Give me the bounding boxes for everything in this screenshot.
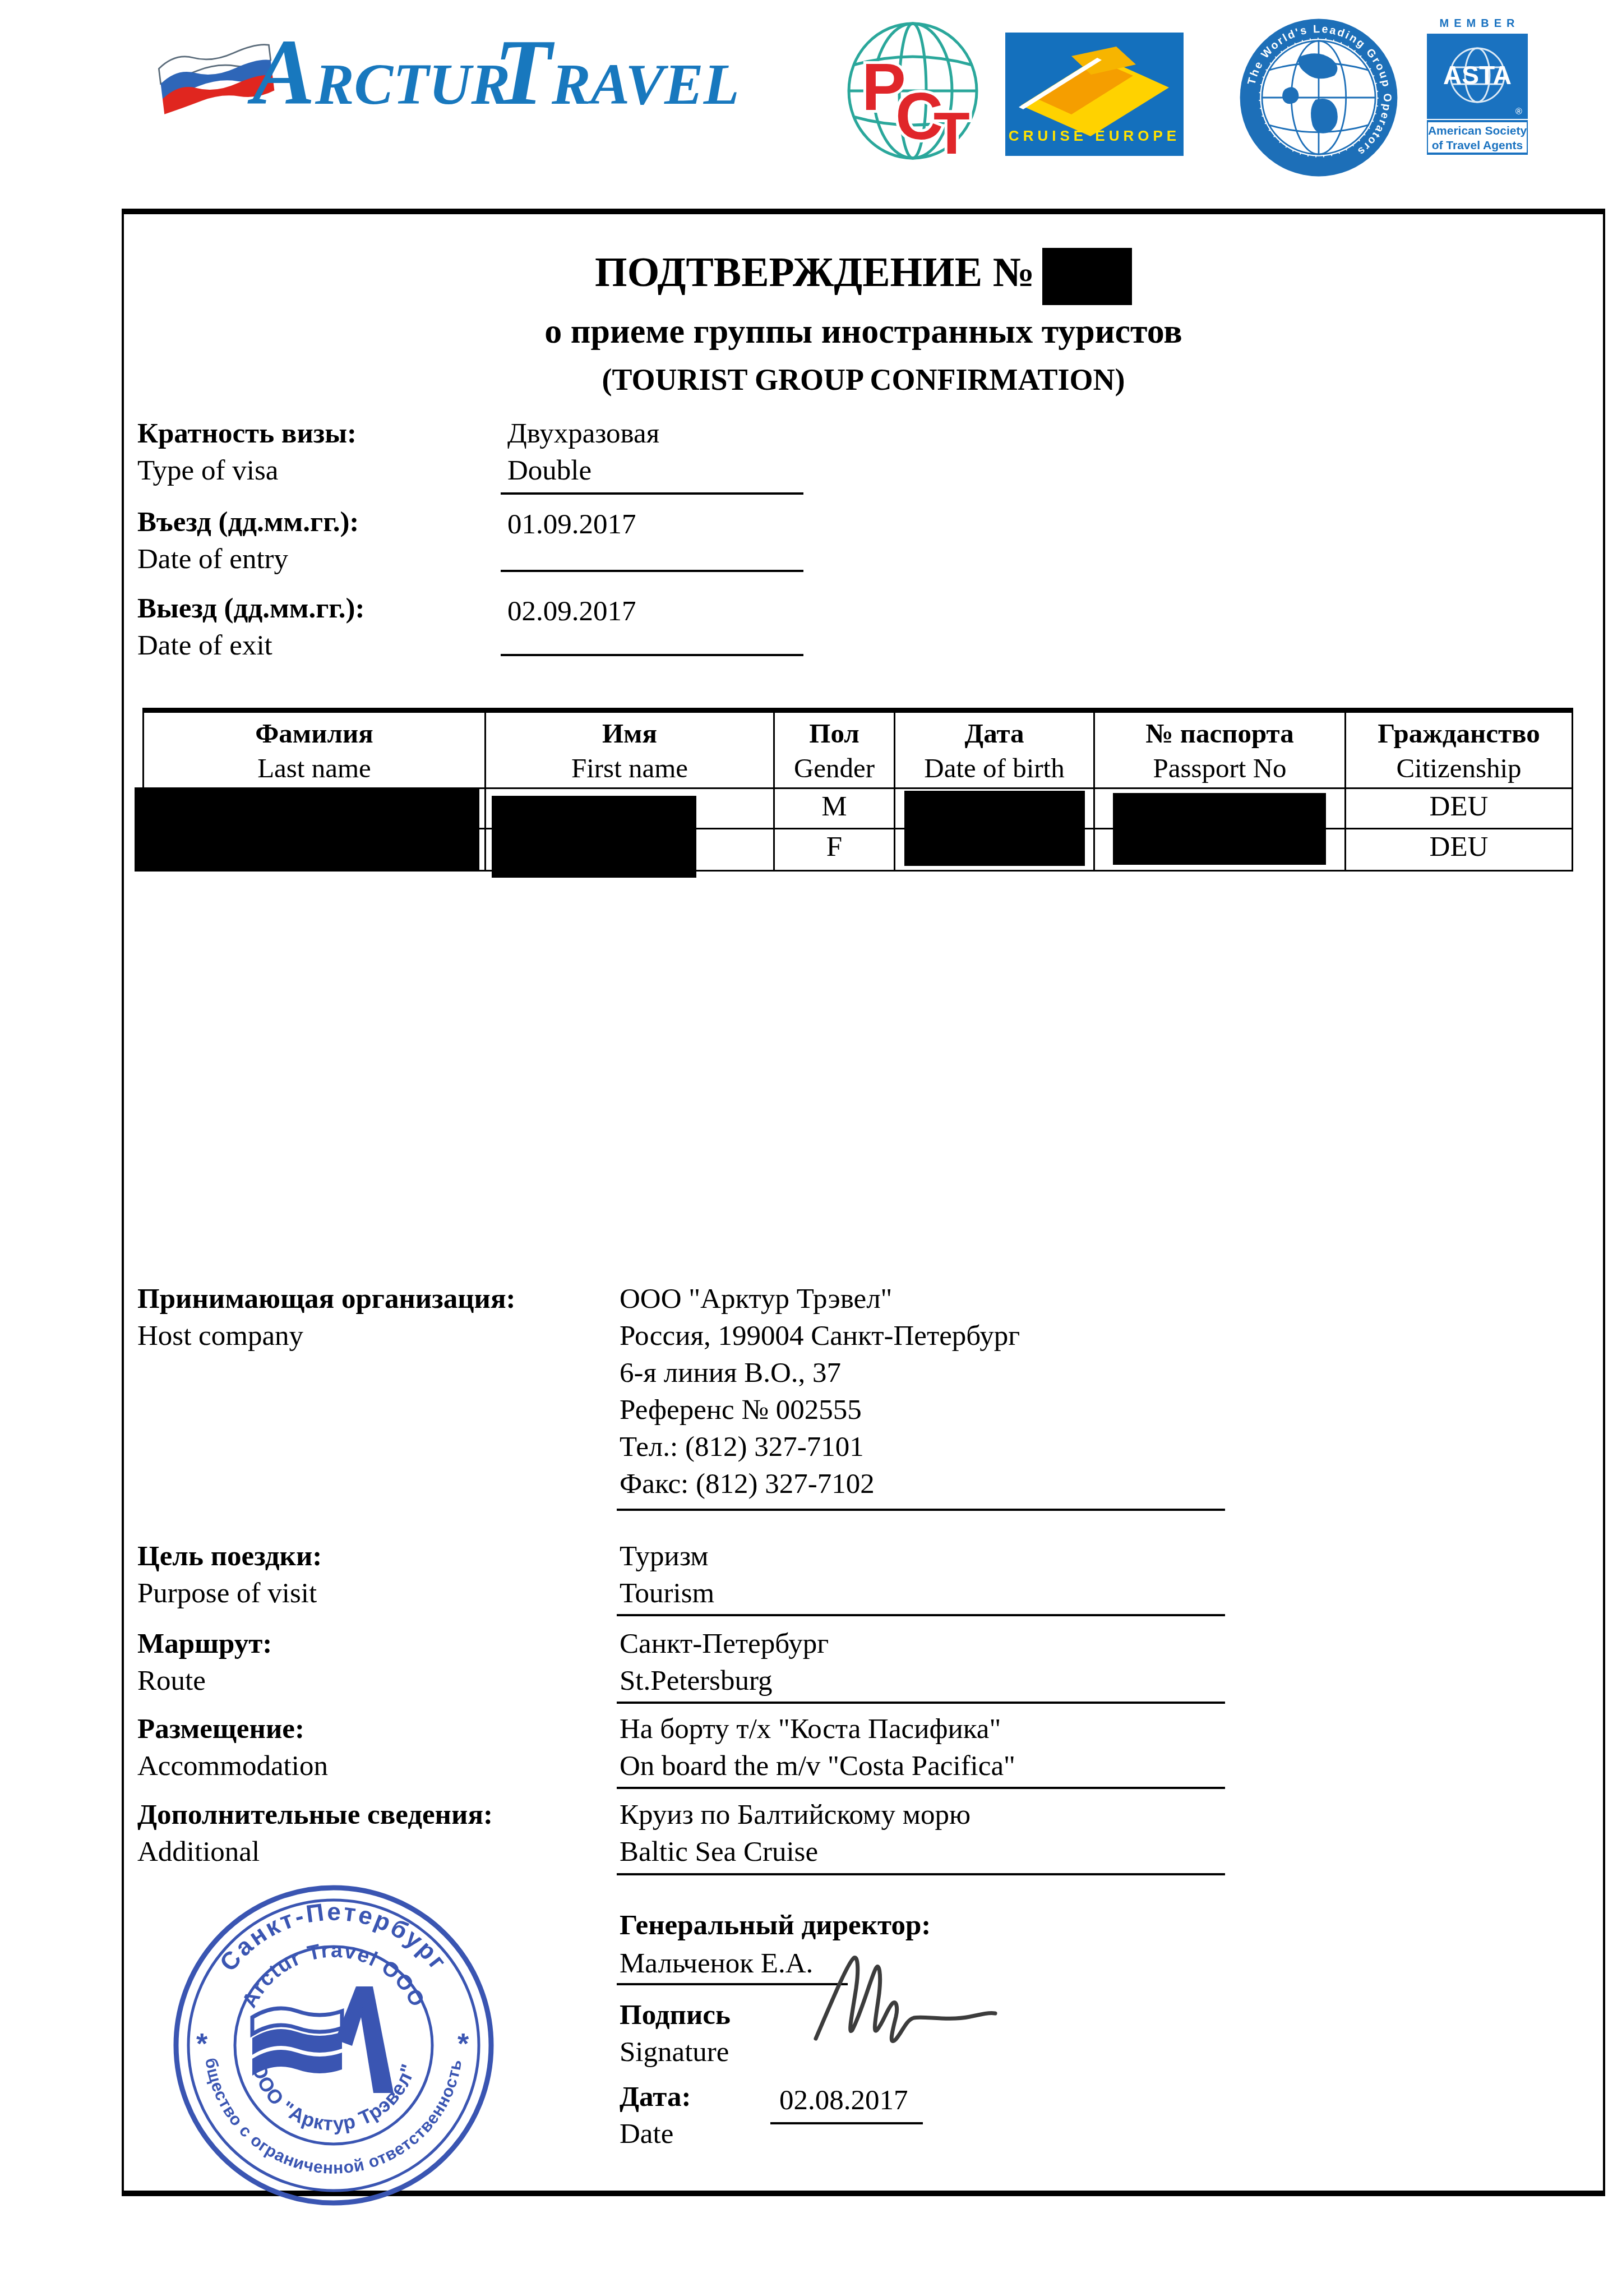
signature-label-en: Signature [620, 2034, 731, 2071]
purpose-value: Туризм Tourism [620, 1538, 714, 1612]
pct-letter-t: Т [934, 100, 970, 162]
row2-gender-cell: F [775, 829, 895, 870]
additional-value-en: Baltic Sea Cruise [620, 1833, 971, 1870]
host-label-ru: Принимающая организация: [137, 1280, 516, 1317]
asta-caption-line1: American Society [1428, 125, 1527, 137]
col-header-first-name: Имя First name [486, 713, 775, 789]
row1-citizenship-cell: DEU [1346, 789, 1572, 829]
route-label-en: Route [137, 1662, 272, 1699]
director-name: Мальченок Е.А. [620, 1945, 813, 1982]
signature-stroke [802, 1946, 1009, 2064]
row1-gender-cell: M [775, 789, 895, 829]
field-exit-date-label: Выезд (дд.мм.гг.): Date of exit [137, 590, 364, 664]
route-label: Маршрут: Route [137, 1625, 272, 1699]
field-visa-type-value: Двухразовая Double [507, 415, 659, 489]
director-label: Генеральный директор: [620, 1907, 931, 1944]
additional-label-en: Additional [137, 1833, 493, 1870]
stamp-company-en-text: Arctur Travel OOO [238, 1939, 430, 2012]
purpose-label-ru: Цель поездки: [137, 1538, 322, 1575]
col-header-last-name: Фамилия Last name [144, 713, 486, 789]
route-value-ru: Санкт-Петербург [620, 1625, 829, 1662]
stamp-star-left: * [196, 2028, 208, 2060]
host-underline [617, 1509, 1225, 1511]
accommodation-underline [617, 1787, 1225, 1789]
confirmation-number-redaction [1042, 248, 1132, 305]
stamp-texts: Санкт-Петербург Общество с ограниченной … [168, 1880, 469, 2178]
visa-type-underline [501, 492, 803, 495]
wlgo-logo: The World's Leading Group Operators [1237, 16, 1401, 182]
document-title-line1: ПОДТВЕРЖДЕНИЕ № [122, 250, 1605, 305]
arctur-wordmark-1: ARCTUR [247, 24, 510, 118]
host-line-reference: Референс № 002555 [620, 1391, 1020, 1428]
entry-date-underline [501, 570, 803, 572]
row2-citizenship-cell: DEU [1346, 829, 1572, 870]
exit-date-label-en: Date of exit [137, 627, 364, 664]
passport-redaction [1113, 793, 1326, 865]
pct-globe-icon: Р С Т [839, 20, 986, 162]
col-header-citizenship: Гражданство Citizenship [1346, 713, 1572, 789]
accommodation-value: На борту т/х "Коста Пасифика" On board t… [620, 1711, 1015, 1785]
arctur-travel-logo: ARCTUR TRAVEL [154, 24, 737, 121]
additional-label-ru: Дополнительные сведения: [137, 1796, 493, 1833]
field-visa-type-label: Кратность визы: Type of visa [137, 415, 357, 489]
pct-letters: Р С Т [862, 50, 970, 162]
pct-logo: Р С Т [839, 20, 986, 164]
date-value: 02.08.2017 [779, 2082, 908, 2119]
additional-value-ru: Круиз по Балтийскому морю [620, 1796, 971, 1833]
col-header-gender: Пол Gender [775, 713, 895, 789]
host-line-phone: Тел.: (812) 327-7101 [620, 1428, 1020, 1465]
arctur-travel-logo-graphic: ARCTUR TRAVEL [154, 24, 737, 118]
asta-member-text: MEMBER [1440, 17, 1520, 30]
accommodation-label: Размещение: Accommodation [137, 1711, 328, 1785]
title-text: ПОДТВЕРЖДЕНИЕ № [595, 250, 1034, 296]
exit-date-label-ru: Выезд (дд.мм.гг.): [137, 590, 364, 627]
document-title-line3: (TOURIST GROUP CONFIRMATION) [122, 362, 1605, 397]
asta-acronym: ASTA [1443, 61, 1512, 90]
additional-label: Дополнительные сведения: Additional [137, 1796, 493, 1870]
entry-date-label-ru: Въезд (дд.мм.гг.): [137, 504, 359, 541]
route-value-en: St.Petersburg [620, 1662, 829, 1699]
date-label-en: Date [620, 2115, 691, 2152]
asta-caption-line2: of Travel Agents [1432, 139, 1523, 152]
accommodation-value-en: On board the m/v "Costa Pacifica" [620, 1748, 1015, 1785]
additional-underline [617, 1873, 1225, 1875]
exit-date-value: 02.09.2017 [507, 593, 636, 630]
signature-label-ru: Подпись [620, 1997, 731, 2034]
host-line-fax: Факс: (812) 327-7102 [620, 1465, 1020, 1502]
exit-date-underline [501, 654, 803, 656]
document-title-line2: о приеме группы иностранных туристов [122, 312, 1605, 352]
accommodation-label-ru: Размещение: [137, 1711, 328, 1748]
stamp-letter-a-bar [356, 1986, 394, 2093]
last-name-redaction [135, 787, 479, 872]
host-company-label: Принимающая организация: Host company [137, 1280, 516, 1354]
purpose-label-en: Purpose of visit [137, 1575, 322, 1612]
purpose-value-ru: Туризм [620, 1538, 714, 1575]
host-line-street: 6-я линия В.О., 37 [620, 1354, 1020, 1391]
accommodation-value-ru: На борту т/х "Коста Пасифика" [620, 1711, 1015, 1748]
host-company-value: ООО "Арктур Трэвел" Россия, 199004 Санкт… [620, 1280, 1020, 1502]
first-name-redaction [492, 796, 696, 878]
entry-date-value: 01.09.2017 [507, 506, 636, 543]
birth-date-redaction [904, 791, 1085, 866]
wordmark-cap-a: A [247, 24, 315, 118]
visa-confirmation-document: ARCTUR TRAVEL Р С Т [0, 0, 1622, 2296]
signature-label: Подпись Signature [620, 1997, 731, 2071]
host-line-company: ООО "Арктур Трэвел" [620, 1280, 1020, 1317]
stamp-star-right: * [458, 2028, 469, 2060]
cruise-europe-logo: CRUISE EUROPE [1005, 33, 1184, 159]
visa-type-label-en: Type of visa [137, 452, 357, 489]
arctur-wordmark-2: TRAVEL [494, 24, 737, 118]
col-header-birth-date: Дата Date of birth [895, 713, 1095, 789]
entry-date-label-en: Date of entry [137, 541, 359, 578]
purpose-underline [617, 1614, 1225, 1616]
asta-logo: MEMBER ASTA ® American Society of Travel… [1427, 16, 1528, 165]
company-stamp: Санкт-Петербург Общество с ограниченной … [168, 1880, 499, 2214]
route-label-ru: Маршрут: [137, 1625, 272, 1662]
cruise-europe-graphic: CRUISE EUROPE [1005, 33, 1184, 156]
date-label-ru: Дата: [620, 2078, 691, 2115]
additional-value: Круиз по Балтийскому морю Baltic Sea Cru… [620, 1796, 971, 1870]
purpose-value-en: Tourism [620, 1575, 714, 1612]
visa-type-label-ru: Кратность визы: [137, 415, 357, 452]
company-stamp-graphic: Санкт-Петербург Общество с ограниченной … [168, 1880, 499, 2211]
date-underline [770, 2122, 923, 2124]
handwritten-signature [802, 1946, 1009, 2067]
accommodation-label-en: Accommodation [137, 1748, 328, 1785]
col-header-passport: № паспорта Passport No [1095, 713, 1346, 789]
cruise-europe-caption: CRUISE EUROPE [1009, 127, 1180, 144]
field-entry-date-label: Въезд (дд.мм.гг.): Date of entry [137, 504, 359, 578]
date-label: Дата: Date [620, 2078, 691, 2152]
asta-registered-mark: ® [1515, 107, 1522, 117]
purpose-label: Цель поездки: Purpose of visit [137, 1538, 322, 1612]
host-line-city: Россия, 199004 Санкт-Петербург [620, 1317, 1020, 1354]
wlgo-globe-graphic: The World's Leading Group Operators [1237, 16, 1401, 179]
visa-type-value-ru: Двухразовая [507, 415, 659, 452]
stamp-wave-1 [252, 2008, 342, 2034]
wordmark-ravel: RAVEL [551, 52, 737, 117]
route-underline [617, 1702, 1225, 1704]
host-label-en: Host company [137, 1317, 516, 1354]
wordmark-rctur: RCTUR [315, 52, 510, 117]
route-value: Санкт-Петербург St.Petersburg [620, 1625, 829, 1699]
asta-graphic: MEMBER ASTA ® American Society of Travel… [1427, 16, 1528, 163]
wordmark-cap-t: T [494, 24, 555, 118]
visa-type-value-en: Double [507, 452, 659, 489]
